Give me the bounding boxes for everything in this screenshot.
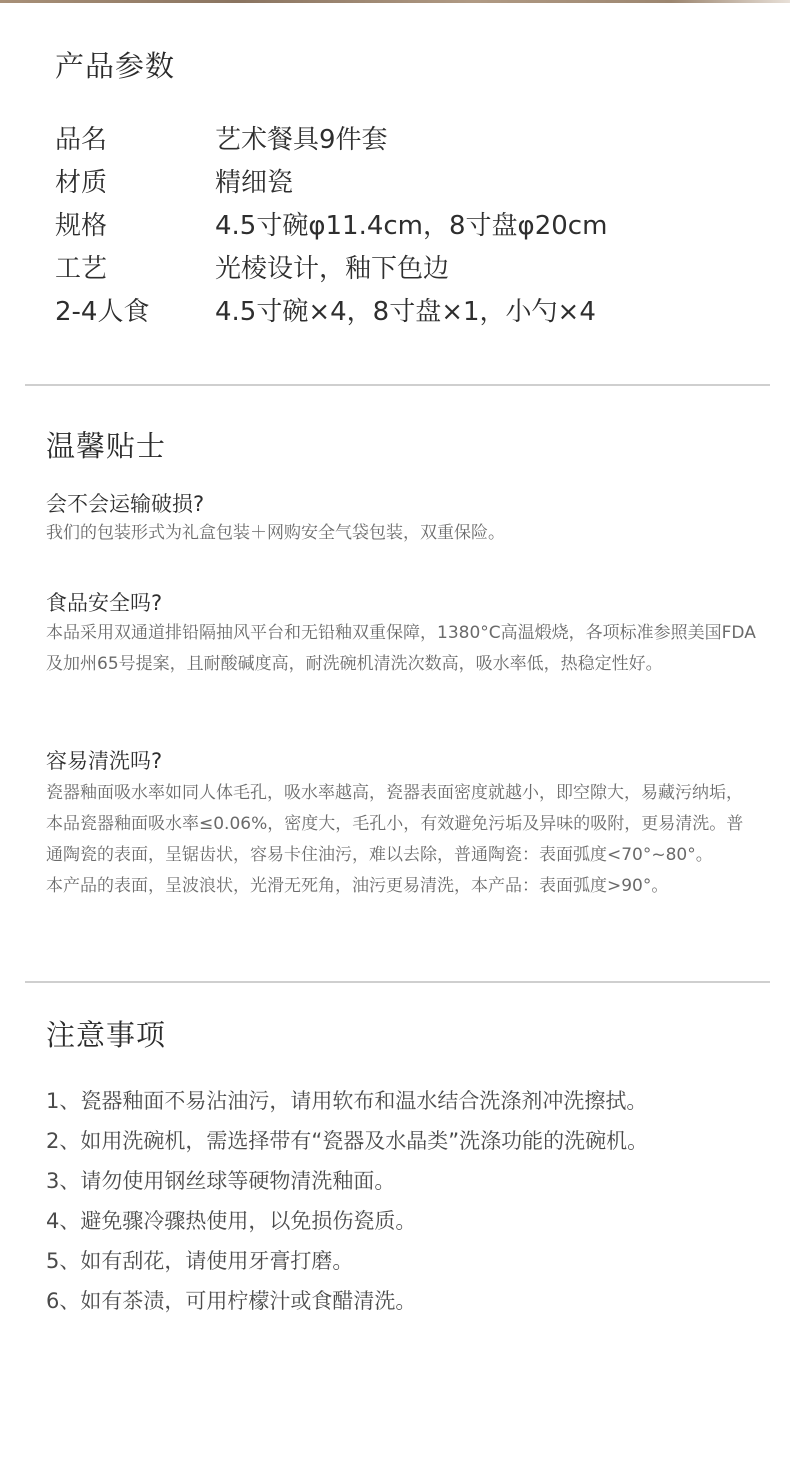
spec-label: 品名	[55, 119, 107, 156]
section-title-tips: 温馨贴士	[46, 424, 166, 465]
tip-answer-paragraph: 瓷器釉面吸水率如同人体毛孔，吸水率越高，瓷器表面密度就越小，即空隙大，易藏污纳垢…	[46, 778, 756, 871]
note-item: 2、如用洗碗机，需选择带有“瓷器及水晶类”洗涤功能的洗碗机。	[46, 1125, 648, 1155]
tip-answer: 我们的包装形式为礼盒包装＋网购安全气袋包装，双重保险。	[46, 518, 756, 549]
section-divider	[25, 981, 770, 983]
tip-answer-paragraph: 本产品的表面，呈波浪状，光滑无死角，油污更易清洗，本产品：表面弧度>90°。	[46, 871, 756, 902]
spec-value: 光棱设计，釉下色边	[215, 248, 449, 285]
spec-label: 材质	[55, 162, 107, 199]
tip-answer-paragraph: 本品采用双通道排铅隔抽风平台和无铅釉双重保障，1380°C高温煅烧，各项标准参照…	[46, 618, 756, 680]
tip-answer-paragraph: 我们的包装形式为礼盒包装＋网购安全气袋包装，双重保险。	[46, 518, 756, 549]
section-title-notes: 注意事项	[46, 1013, 166, 1054]
spec-label: 工艺	[55, 248, 107, 285]
note-item: 1、瓷器釉面不易沾油污，请用软布和温水结合洗涤剂冲洗擦拭。	[46, 1085, 647, 1115]
spec-value: 4.5寸碗×4，8寸盘×1，小勺×4	[215, 291, 596, 328]
tip-question: 容易清洗吗?	[46, 745, 162, 775]
spec-value: 艺术餐具9件套	[215, 119, 388, 156]
spec-value: 精细瓷	[215, 162, 293, 199]
note-item: 3、请勿使用钢丝球等硬物清洗釉面。	[46, 1165, 395, 1195]
tip-answer: 本品采用双通道排铅隔抽风平台和无铅釉双重保障，1380°C高温煅烧，各项标准参照…	[46, 618, 756, 680]
tip-answer: 瓷器釉面吸水率如同人体毛孔，吸水率越高，瓷器表面密度就越小，即空隙大，易藏污纳垢…	[46, 778, 756, 902]
tip-question: 食品安全吗?	[46, 587, 162, 617]
section-divider	[25, 384, 770, 386]
note-item: 5、如有刮花，请使用牙膏打磨。	[46, 1245, 353, 1275]
spec-label: 规格	[55, 205, 107, 242]
spec-value: 4.5寸碗φ11.4cm，8寸盘φ20cm	[215, 205, 607, 242]
tip-question: 会不会运输破损?	[46, 488, 204, 518]
section-title-product-params: 产品参数	[55, 44, 175, 85]
note-item: 6、如有茶渍，可用柠檬汁或食醋清洗。	[46, 1285, 416, 1315]
note-item: 4、避免骤冷骤热使用，以免损伤瓷质。	[46, 1205, 416, 1235]
top-image-edge	[0, 0, 790, 3]
spec-label: 2-4人食	[55, 291, 149, 328]
